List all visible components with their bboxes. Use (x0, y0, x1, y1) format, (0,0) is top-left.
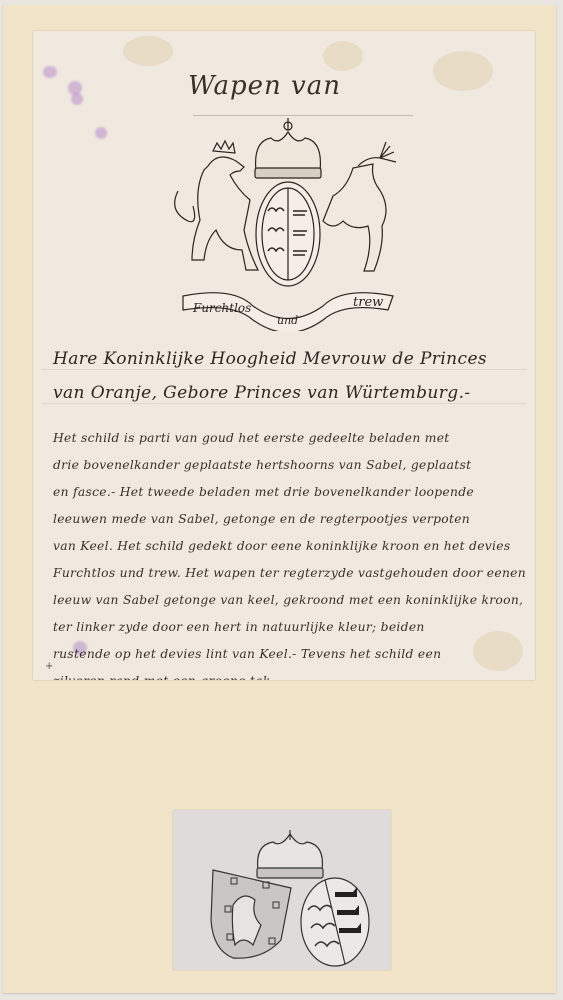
ruled-line (41, 403, 527, 404)
svg-text:trew: trew (353, 295, 383, 310)
heading-line-1: Hare Koninklijke Hoogheid Mevrouw de Pri… (53, 349, 487, 369)
foxing-spot (473, 631, 523, 671)
svg-text:und: und (277, 314, 298, 327)
stag-supporter-icon (323, 142, 396, 271)
body-line-1: Het schild is parti van goud het eerste … (53, 431, 450, 445)
body-line-3: en fasce.- Het tweede beladen met drie b… (53, 485, 474, 499)
body-line-9: rustende op het devies lint van Keel.- T… (53, 647, 441, 661)
crown-icon (255, 118, 321, 178)
ink-stain (95, 127, 107, 139)
margin-mark: + (45, 661, 53, 672)
body-line-10: zilveren rand met een groene tak.- (53, 674, 279, 680)
ink-stain (43, 66, 57, 78)
svg-text:Furchtlos: Furchtlos (192, 301, 251, 315)
manuscript-sheet: Wapen van (33, 31, 535, 680)
body-line-7: leeuw van Sabel getonge van keel, gekroo… (53, 593, 523, 607)
body-line-6: Furchtlos und trew. Het wapen ter regter… (53, 566, 526, 580)
ink-stain (71, 93, 83, 105)
heading-line-2: van Oranje, Gebore Princes van Würtembur… (53, 383, 471, 403)
body-line-4: leeuwen mede van Sabel, getonge en de re… (53, 512, 470, 526)
coat-of-arms-drawing: Furchtlos und trew (153, 116, 423, 331)
combined-arms-illustration (173, 810, 391, 970)
document-title: Wapen van (188, 71, 341, 101)
foxing-spot (433, 51, 493, 91)
foxing-spot (123, 36, 173, 66)
ruled-line (41, 369, 527, 370)
body-line-2: drie bovenelkander geplaatste hertshoorn… (53, 458, 471, 472)
printed-arms-card (173, 810, 391, 970)
mount-board: Wapen van (3, 5, 556, 993)
lion-supporter-icon (175, 141, 258, 270)
body-line-5: van Keel. Het schild gedekt door eene ko… (53, 539, 510, 553)
crown-icon (257, 830, 323, 878)
body-line-8: ter linker zyde door een hert in natuurl… (53, 620, 425, 634)
foxing-spot (323, 41, 363, 71)
